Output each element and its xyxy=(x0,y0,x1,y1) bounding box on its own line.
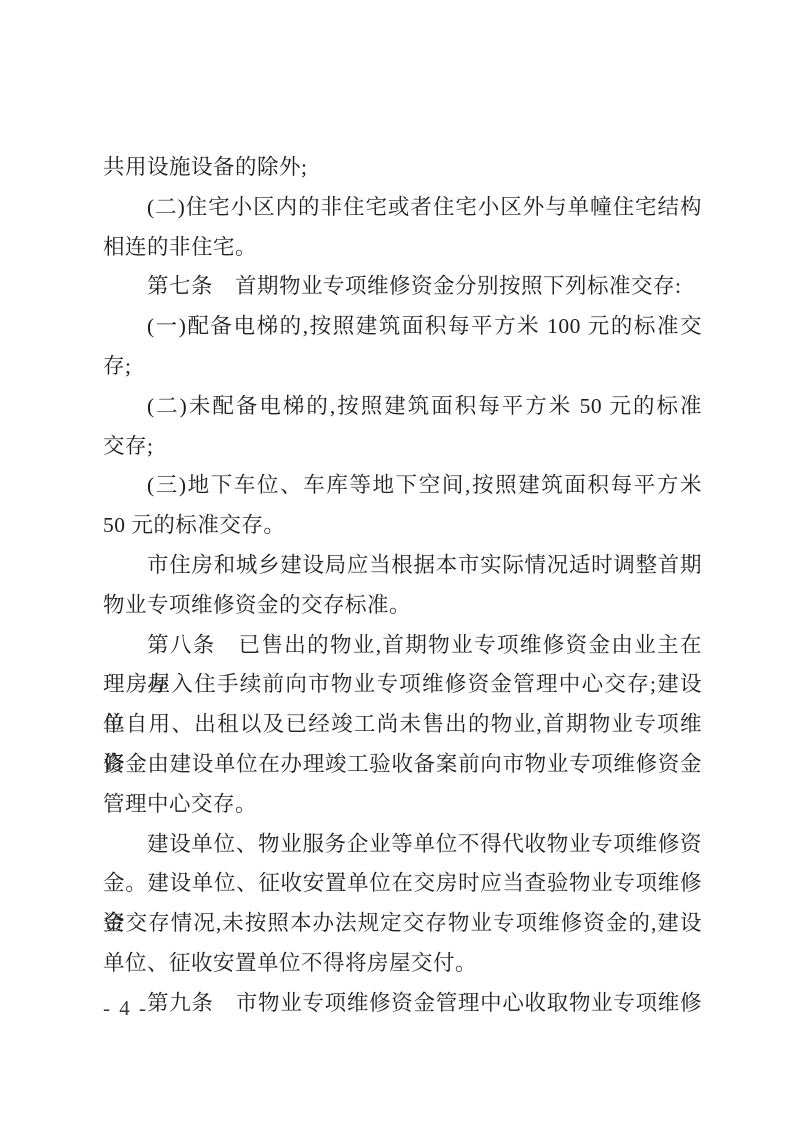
document-page: 共用设施设备的除外;(二)住宅小区内的非住宅或者住宅小区外与单幢住宅结构相连的非… xyxy=(0,0,793,1122)
page-number: - 4 - xyxy=(103,994,148,1022)
text-line: 理房屋入住手续前向市物业专项维修资金管理中心交存;建设单 xyxy=(103,665,702,705)
text-line: 共用设施设备的除外; xyxy=(103,148,702,188)
text-line: 资金由建设单位在办理竣工验收备案前向市物业专项维修资金 xyxy=(103,745,702,785)
text-line: 单位、征收安置单位不得将房屋交付。 xyxy=(103,944,702,984)
text-line: 第七条 首期物业专项维修资金分别按照下列标准交存: xyxy=(103,267,702,307)
text-line: 管理中心交存。 xyxy=(103,785,702,825)
text-line: 金交存情况,未按照本办法规定交存物业专项维修资金的,建设 xyxy=(103,904,702,944)
text-line: 存; xyxy=(103,347,702,387)
text-line: 物业专项维修资金的交存标准。 xyxy=(103,586,702,626)
document-body-text: 共用设施设备的除外;(二)住宅小区内的非住宅或者住宅小区外与单幢住宅结构相连的非… xyxy=(103,148,702,1024)
text-line: 交存; xyxy=(103,427,702,467)
text-line: 市住房和城乡建设局应当根据本市实际情况适时调整首期 xyxy=(103,546,702,586)
text-line: 第八条 已售出的物业,首期物业专项维修资金由业主在办 xyxy=(103,626,702,666)
text-line: 位自用、出租以及已经竣工尚未售出的物业,首期物业专项维修 xyxy=(103,705,702,745)
text-line: 第九条 市物业专项维修资金管理中心收取物业专项维修 xyxy=(103,984,702,1024)
text-line: (三)地下车位、车库等地下空间,按照建筑面积每平方米 xyxy=(103,466,702,506)
text-line: (一)配备电梯的,按照建筑面积每平方米 100 元的标准交 xyxy=(103,307,702,347)
text-line: 金。建设单位、征收安置单位在交房时应当查验物业专项维修资 xyxy=(103,864,702,904)
text-line: (二)住宅小区内的非住宅或者住宅小区外与单幢住宅结构 xyxy=(103,188,702,228)
text-line: 建设单位、物业服务企业等单位不得代收物业专项维修资 xyxy=(103,825,702,865)
text-line: 相连的非住宅。 xyxy=(103,228,702,268)
text-line: 50 元的标准交存。 xyxy=(103,506,702,546)
text-line: (二)未配备电梯的,按照建筑面积每平方米 50 元的标准 xyxy=(103,387,702,427)
